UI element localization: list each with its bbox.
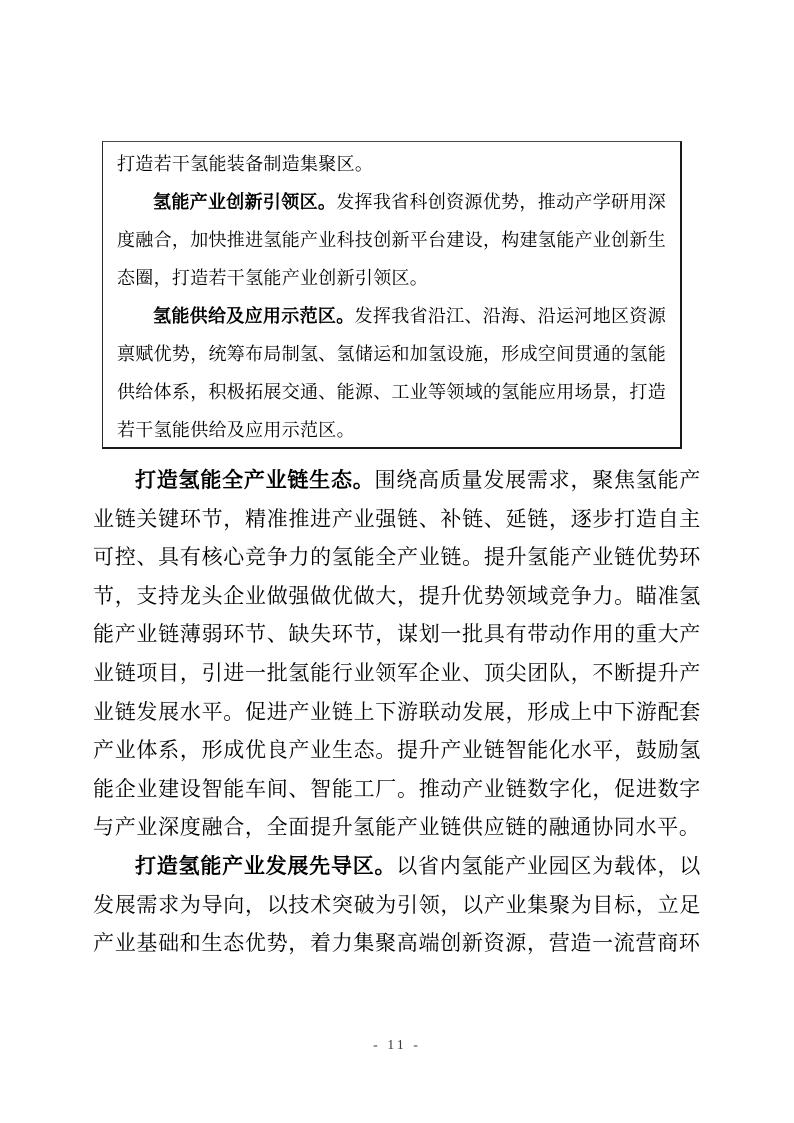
highlight-textbox: 打造若干氢能装备制造集聚区。 氢能产业创新引领区。发挥我省科创资源优势，推动产学… (102, 141, 682, 449)
textbox-paragraph-lead: 氢能供给及应用示范区。 (153, 306, 355, 326)
document-page: 打造若干氢能装备制造集聚区。 氢能产业创新引领区。发挥我省科创资源优势，推动产学… (0, 0, 794, 1123)
textbox-paragraph-lead: 氢能产业创新引领区。 (153, 192, 336, 212)
page-number: - 11 - (0, 1038, 794, 1054)
body-paragraph-lead: 打造氢能全产业链生态。 (135, 468, 375, 492)
textbox-paragraph-body: 发挥我省沿江、沿海、沿运河地区资源禀赋优势，统筹布局制氢、氢储运和加氢设施，形成… (117, 306, 666, 440)
body-paragraph-text: 围绕高质量发展需求，聚焦氢能产业链关键环节，精准推进产业强链、补链、延链，逐步打… (93, 468, 701, 839)
textbox-continuation-line: 打造若干氢能装备制造集聚区。 (117, 145, 666, 183)
body-paragraph-industry-chain: 打造氢能全产业链生态。围绕高质量发展需求，聚焦氢能产业链关键环节，精准推进产业强… (93, 461, 701, 847)
body-paragraph-lead: 打造氢能产业发展先导区。 (135, 854, 396, 878)
document-body: 打造氢能全产业链生态。围绕高质量发展需求，聚焦氢能产业链关键环节，精准推进产业强… (93, 461, 701, 963)
textbox-paragraph-supply-demo-zone: 氢能供给及应用示范区。发挥我省沿江、沿海、沿运河地区资源禀赋优势，统筹布局制氢、… (117, 297, 666, 449)
textbox-continuation-text: 打造若干氢能装备制造集聚区。 (117, 154, 373, 174)
textbox-paragraph-innovation-zone: 氢能产业创新引领区。发挥我省科创资源优势，推动产学研用深度融合，加快推进氢能产业… (117, 183, 666, 297)
body-paragraph-pilot-zone: 打造氢能产业发展先导区。以省内氢能产业园区为载体，以发展需求为导向，以技术突破为… (93, 847, 701, 963)
